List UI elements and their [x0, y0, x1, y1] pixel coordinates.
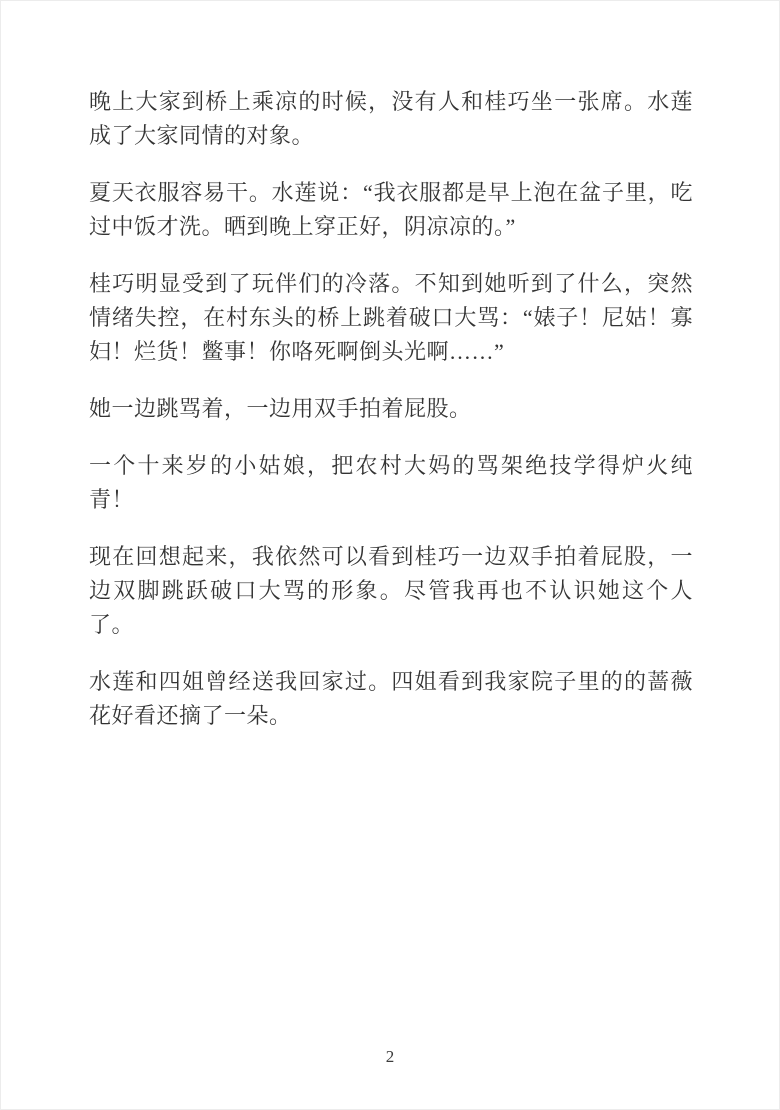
paragraph-7: 水莲和四姐曾经送我回家过。四姐看到我家院子里的的蔷薇花好看还摘了一朵。	[89, 665, 693, 733]
paragraph-4: 她一边跳骂着，一边用双手拍着屁股。	[89, 392, 693, 426]
paragraph-1: 晚上大家到桥上乘凉的时候，没有人和桂巧坐一张席。水莲成了大家同情的对象。	[89, 85, 693, 153]
page-body-text: 晚上大家到桥上乘凉的时候，没有人和桂巧坐一张席。水莲成了大家同情的对象。 夏天衣…	[89, 85, 693, 756]
paragraph-5: 一个十来岁的小姑娘，把农村大妈的骂架绝技学得炉火纯青！	[89, 449, 693, 517]
paragraph-2: 夏天衣服容易干。水莲说：“我衣服都是早上泡在盆子里，吃过中饭才洗。晒到晚上穿正好…	[89, 176, 693, 244]
paragraph-6: 现在回想起来，我依然可以看到桂巧一边双手拍着屁股，一边双脚跳跃破口大骂的形象。尽…	[89, 540, 693, 642]
document-page: 晚上大家到桥上乘凉的时候，没有人和桂巧坐一张席。水莲成了大家同情的对象。 夏天衣…	[0, 0, 780, 1110]
page-number: 2	[1, 1047, 779, 1067]
paragraph-3: 桂巧明显受到了玩伴们的冷落。不知到她听到了什么，突然情绪失控，在村东头的桥上跳着…	[89, 267, 693, 369]
